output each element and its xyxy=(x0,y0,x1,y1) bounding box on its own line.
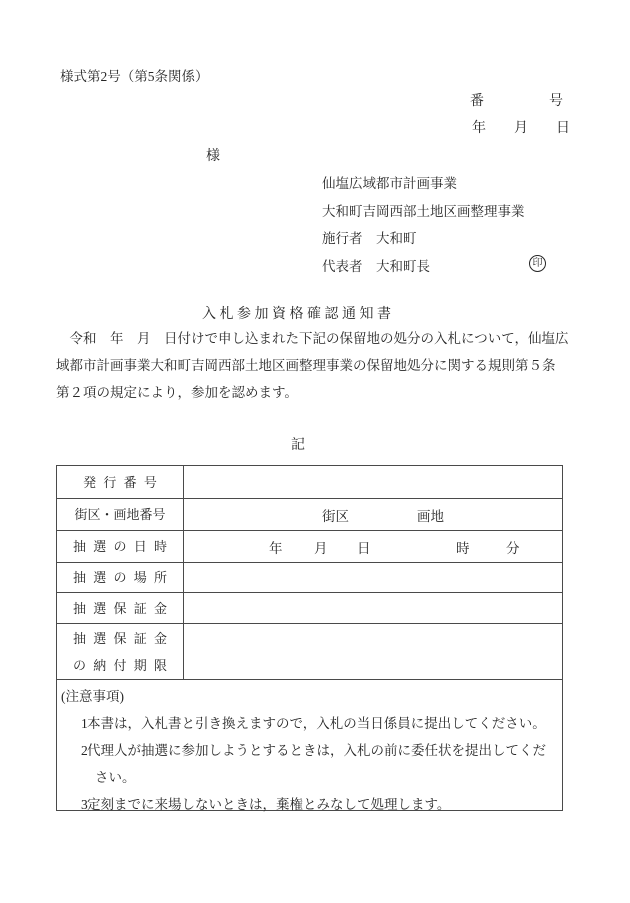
row-value xyxy=(184,593,562,623)
number-suffix: 号 xyxy=(549,90,563,110)
note-item-2-continuation: さい。 xyxy=(61,764,556,791)
addressee-honorific: 様 xyxy=(206,145,220,165)
document-title: 入 札 参 加 資 格 確 認 通 知 書 xyxy=(202,303,391,323)
row-value: 年 月 日 時 分 xyxy=(184,531,562,562)
sender-project-line1: 仙塩広域都市計画事業 xyxy=(322,172,457,192)
date-month-label: 月 xyxy=(514,117,528,137)
row-value xyxy=(184,624,562,679)
block-unit-label: 街区 xyxy=(322,505,349,525)
table-row-lottery-deposit: 抽 選 保 証 金 xyxy=(57,593,562,624)
document-page: 様式第2号（第5条関係） 番 号 年 月 日 様 仙塩広域都市計画事業 大和町吉… xyxy=(0,0,630,903)
row-label: 抽 選 の 日 時 xyxy=(57,531,184,562)
row-label: 街区・画地番号 xyxy=(57,499,184,530)
note-text: 定刻までに来場しないときは，棄権とみなして処理します。 xyxy=(87,791,450,818)
note-item-1: 1 本書は，入札書と引き換えますので，入札の当日係員に提出してください。 xyxy=(61,710,556,737)
seal-icon: 印 xyxy=(529,255,546,272)
row-label-line1: 抽 選 保 証 金 xyxy=(73,625,167,652)
notes-section: (注意事項) 1 本書は，入札書と引き換えますので，入札の当日係員に提出してくだ… xyxy=(57,680,562,810)
note-item-3: 3 定刻までに来場しないときは，棄権とみなして処理します。 xyxy=(61,791,556,818)
sender-representative-line: 代表者 大和町長 xyxy=(322,255,430,275)
row-label: 抽 選 の 場 所 xyxy=(57,563,184,592)
sender-executor-line: 施行者 大和町 xyxy=(322,227,417,247)
year-unit-label: 年 xyxy=(269,537,283,557)
body-paragraph-line3: 第２項の規定により，参加を認めます。 xyxy=(56,381,298,401)
body-paragraph-line1: 令和 年 月 日付けで申し込まれた下記の保留地の処分の入札について，仙塩広 xyxy=(56,327,568,347)
date-day-label: 日 xyxy=(556,117,570,137)
minute-unit-label: 分 xyxy=(506,537,520,557)
hour-unit-label: 時 xyxy=(456,537,470,557)
form-reference: 様式第2号（第5条関係） xyxy=(60,65,209,85)
row-label-line2: の 納 付 期 限 xyxy=(73,652,167,679)
note-item-2: 2 代理人が抽選に参加しようとするときは，入札の前に委任状を提出してくだ xyxy=(61,737,556,764)
details-table: 発 行 番 号 街区・画地番号 街区 画地 抽 選 の 日 時 年 月 日 時 … xyxy=(56,465,563,811)
record-mark: 記 xyxy=(291,434,305,454)
month-unit-label: 月 xyxy=(314,537,328,557)
note-number: 2 xyxy=(61,737,87,764)
table-row-deposit-deadline: 抽 選 保 証 金 の 納 付 期 限 xyxy=(57,624,562,680)
day-unit-label: 日 xyxy=(357,537,371,557)
lot-unit-label: 画地 xyxy=(417,505,444,525)
table-row-lottery-place: 抽 選 の 場 所 xyxy=(57,563,562,593)
number-label: 番 xyxy=(470,90,484,110)
table-row-lottery-datetime: 抽 選 の 日 時 年 月 日 時 分 xyxy=(57,531,562,563)
notes-heading: (注意事項) xyxy=(61,683,556,710)
note-number: 3 xyxy=(61,791,87,818)
seal-character: 印 xyxy=(533,259,543,269)
note-text: 代理人が抽選に参加しようとするときは，入札の前に委任状を提出してくだ xyxy=(87,737,546,764)
row-value: 街区 画地 xyxy=(184,499,562,530)
date-year-label: 年 xyxy=(472,117,486,137)
note-number: 1 xyxy=(61,710,87,737)
table-row-issue-number: 発 行 番 号 xyxy=(57,466,562,499)
table-row-block-lot-number: 街区・画地番号 街区 画地 xyxy=(57,499,562,531)
row-label: 抽 選 保 証 金 xyxy=(57,593,184,623)
date-line: 年 月 日 xyxy=(472,117,570,137)
row-value xyxy=(184,466,562,498)
row-label: 抽 選 保 証 金 の 納 付 期 限 xyxy=(57,624,184,679)
row-label: 発 行 番 号 xyxy=(57,466,184,498)
sender-project-line2: 大和町吉岡西部土地区画整理事業 xyxy=(322,200,525,220)
row-value xyxy=(184,563,562,592)
document-number-line: 番 号 xyxy=(470,90,563,110)
body-paragraph-line2: 域都市計画事業大和町吉岡西部土地区画整理事業の保留地処分に関する規則第５条 xyxy=(56,354,556,374)
note-text: 本書は，入札書と引き換えますので，入札の当日係員に提出してください。 xyxy=(87,710,546,737)
